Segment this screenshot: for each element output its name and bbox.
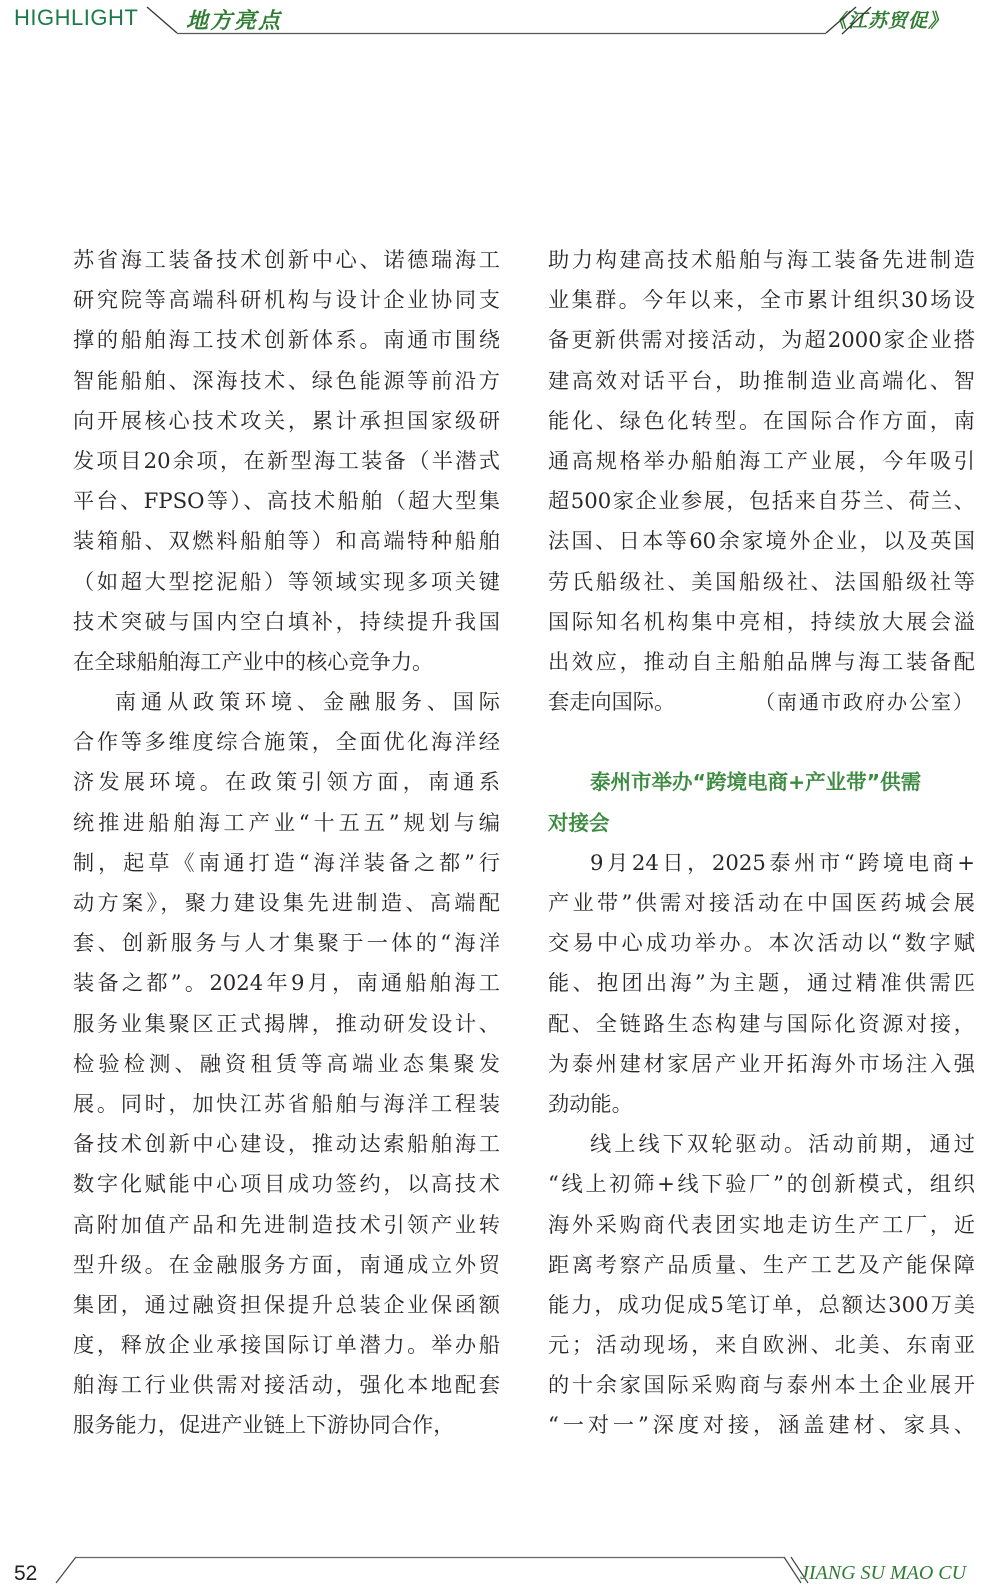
text-line: 备技术创新中心建设，推动达索船舶海工 bbox=[73, 1124, 500, 1164]
paragraph-start-line: 线上线下双轮驱动。活动前期，通过 bbox=[548, 1124, 975, 1164]
text-line: 合作等多维度综合施策，全面优化海洋经 bbox=[73, 722, 500, 762]
text-line: 型升级。在金融服务方面，南通成立外贸 bbox=[73, 1245, 500, 1285]
text-line: 舶海工行业供需对接活动，强化本地配套 bbox=[73, 1365, 500, 1405]
article-source: （南通市政府办公室） bbox=[755, 682, 975, 722]
text-line: 助力构建高技术船舶与海工装备先进制造 bbox=[548, 240, 975, 280]
text-line: 距离考察产品质量、生产工艺及产能保障 bbox=[548, 1245, 975, 1285]
text-line: 动方案》，聚力建设集先进制造、高端配 bbox=[73, 883, 500, 923]
article-heading: 泰州市举办“跨境电商+产业带”供需 bbox=[548, 762, 975, 802]
text-line: 法国、日本等60余家境外企业，以及英国 bbox=[548, 521, 975, 561]
text-line: 服务能力，促进产业链上下游协同合作， bbox=[73, 1405, 500, 1445]
page-number: 52 bbox=[14, 1562, 37, 1586]
text-line: “线上初筛+线下验厂”的创新模式，组织 bbox=[548, 1164, 975, 1204]
left-column: 苏省海工装备技术创新中心、诺德瑞海工 研究院等高端科研机构与设计企业协同支 撑的… bbox=[73, 240, 500, 1446]
paragraph-start-line: 9月24日，2025泰州市“跨境电商+ bbox=[548, 843, 975, 883]
text-line: 建高效对话平台，助推制造业高端化、智 bbox=[548, 361, 975, 401]
text-line: 产业带”供需对接活动在中国医药城会展 bbox=[548, 883, 975, 923]
text-line: 能化、绿色化转型。在国际合作方面，南 bbox=[548, 401, 975, 441]
text-line: 劳氏船级社、美国船级社、法国船级社等 bbox=[548, 562, 975, 602]
text-line: 出效应，推动自主船舶品牌与海工装备配 bbox=[548, 642, 975, 682]
text-line: 国际知名机构集中亮相，持续放大展会溢 bbox=[548, 602, 975, 642]
paragraph-start-line: 南通从政策环境、金融服务、国际 bbox=[73, 682, 500, 722]
text-line: 能力，成功促成5笔订单，总额达300万美 bbox=[548, 1285, 975, 1325]
text-line: 检验检测、融资租赁等高端业态集聚发 bbox=[73, 1044, 500, 1084]
text-line: 技术突破与国内空白填补，持续提升我国 bbox=[73, 602, 500, 642]
text-line: 装箱船、双燃料船舶等）和高端特种船舶 bbox=[73, 521, 500, 561]
spacer bbox=[548, 722, 975, 762]
text-line: 海外采购商代表团实地走访生产工厂，近 bbox=[548, 1205, 975, 1245]
text-line: 统推进船舶海工产业“十五五”规划与编 bbox=[73, 803, 500, 843]
text-line-with-source: 套走向国际。 （南通市政府办公室） bbox=[548, 682, 975, 722]
magazine-name-footer: JIANG SU MAO CU bbox=[800, 1562, 966, 1585]
text-line: 平台、FPSO等）、高技术船舶（超大型集 bbox=[73, 481, 500, 521]
text-line: 套、创新服务与人才集聚于一体的“海洋 bbox=[73, 923, 500, 963]
text-line: （如超大型挖泥船）等领域实现多项关键 bbox=[73, 562, 500, 602]
text-line: 超500家企业参展，包括来自芬兰、荷兰、 bbox=[548, 481, 975, 521]
text-line: 服务业集聚区正式揭牌，推动研发设计、 bbox=[73, 1004, 500, 1044]
text-line: 数字化赋能中心项目成功签约，以高技术 bbox=[73, 1164, 500, 1204]
text-line: 备更新供需对接活动，为超2000家企业搭 bbox=[548, 320, 975, 360]
text-line: 撑的船舶海工技术创新体系。南通市围绕 bbox=[73, 320, 500, 360]
text-line: 的十余家国际采购商与泰州本土企业展开 bbox=[548, 1365, 975, 1405]
text-line: 交易中心成功举办。本次活动以“数字赋 bbox=[548, 923, 975, 963]
text-line: 配、全链路生态构建与国际化资源对接， bbox=[548, 1004, 975, 1044]
text-line: 能、抱团出海”为主题，通过精准供需匹 bbox=[548, 963, 975, 1003]
text-line: 集团，通过融资担保提升总装企业保函额 bbox=[73, 1285, 500, 1325]
right-column: 助力构建高技术船舶与海工装备先进制造 业集群。今年以来，全市累计组织30场设 备… bbox=[548, 240, 975, 1446]
text-line: 在全球船舶海工产业中的核心竞争力。 bbox=[73, 642, 500, 682]
text-line: 元；活动现场，来自欧洲、北美、东南亚 bbox=[548, 1325, 975, 1365]
text-line: 为泰州建材家居产业开拓海外市场注入强 bbox=[548, 1044, 975, 1084]
text-line: “一对一”深度对接，涵盖建材、家具、 bbox=[548, 1405, 975, 1445]
text-line: 业集群。今年以来，全市累计组织30场设 bbox=[548, 280, 975, 320]
text-line: 通高规格举办船舶海工产业展，今年吸引 bbox=[548, 441, 975, 481]
text-line: 展。同时，加快江苏省船舶与海洋工程装 bbox=[73, 1084, 500, 1124]
article-heading-cont: 对接会 bbox=[548, 803, 975, 843]
text-line: 装备之都”。2024年9月，南通船舶海工 bbox=[73, 963, 500, 1003]
text-line: 研究院等高端科研机构与设计企业协同支 bbox=[73, 280, 500, 320]
text-line: 发项目20余项，在新型海工装备（半潜式 bbox=[73, 441, 500, 481]
header-rule-decoration bbox=[0, 0, 1000, 40]
text-line: 苏省海工装备技术创新中心、诺德瑞海工 bbox=[73, 240, 500, 280]
text-line: 高附加值产品和先进制造技术引领产业转 bbox=[73, 1205, 500, 1245]
text-line: 度，释放企业承接国际订单潜力。举办船 bbox=[73, 1325, 500, 1365]
text-line: 向开展核心技术攻关，累计承担国家级研 bbox=[73, 401, 500, 441]
text-line: 智能船舶、深海技术、绿色能源等前沿方 bbox=[73, 361, 500, 401]
text-line: 套走向国际。 bbox=[548, 689, 675, 714]
text-line: 劲动能。 bbox=[548, 1084, 975, 1124]
text-line: 制，起草《南通打造“海洋装备之都”行 bbox=[73, 843, 500, 883]
text-line: 济发展环境。在政策引领方面，南通系 bbox=[73, 762, 500, 802]
